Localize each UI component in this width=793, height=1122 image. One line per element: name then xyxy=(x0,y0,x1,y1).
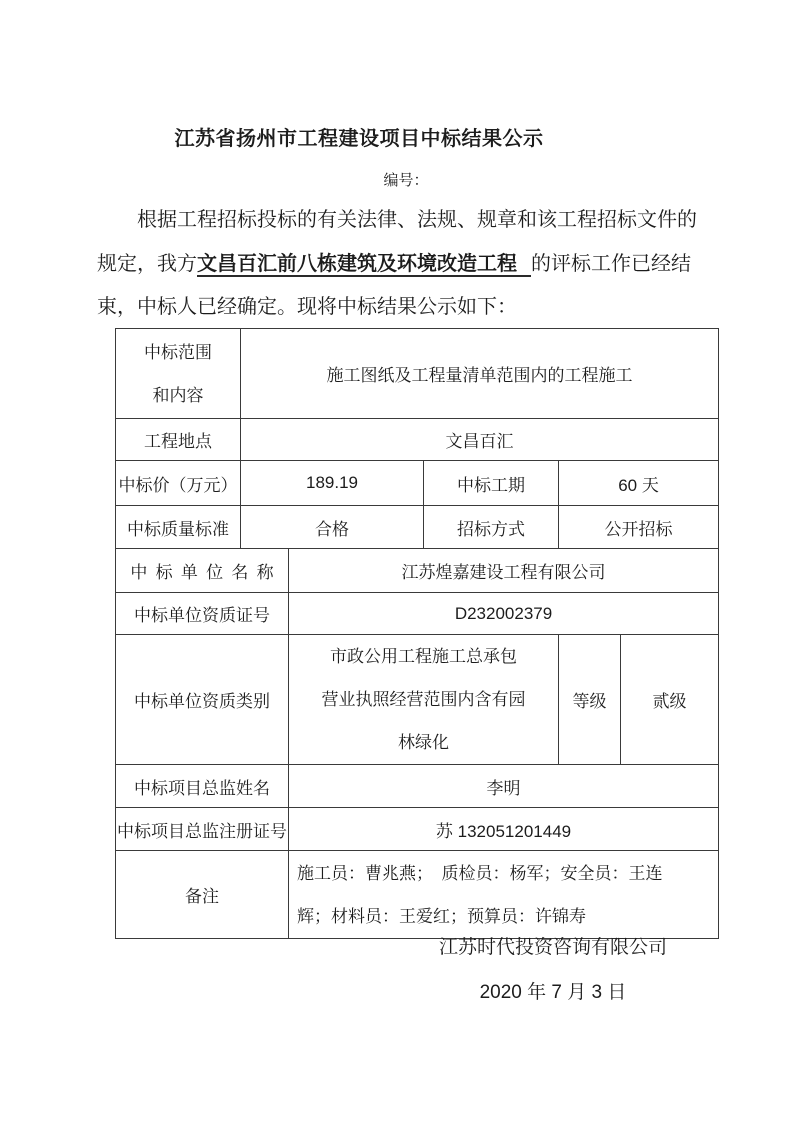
cell-qualification-no-value: D232002379 xyxy=(289,593,719,635)
cell-supervisor-cert-label: 中标项目总监注册证号 xyxy=(116,808,289,851)
footer-company-name: 江苏时代投资咨询有限公司 xyxy=(393,932,713,959)
table-row-price-duration: 中标价（万元） 189.19 中标工期 60 天 xyxy=(116,461,719,506)
cell-duration-value: 60 天 xyxy=(559,461,719,506)
cell-price-label: 中标价（万元） xyxy=(116,461,241,506)
cell-grade-value: 贰级 xyxy=(621,635,719,765)
table-row-supervisor-name: 中标项目总监姓名 李明 xyxy=(116,765,719,808)
intro-paragraph: 根据工程招标投标的有关法律、法规、规章和该工程招标文件的 规定，我方文昌百汇前八… xyxy=(97,199,711,330)
cell-qualification-type-label: 中标单位资质类别 xyxy=(116,635,289,765)
table-row-remark: 备注 施工员：曹兆燕； 质检员：杨军；安全员：王连 辉；材料员：王爱红；预算员：… xyxy=(116,851,719,939)
cell-location-label: 工程地点 xyxy=(116,419,241,461)
cell-supervisor-label: 中标项目总监姓名 xyxy=(116,765,289,808)
cell-method-label: 招标方式 xyxy=(424,506,559,549)
document-page: 江苏省扬州市工程建设项目中标结果公示 编号： 根据工程招标投标的有关法律、法规、… xyxy=(0,0,793,1122)
cell-scope-value: 施工图纸及工程量清单范围内的工程施工 xyxy=(241,329,719,419)
cell-price-value: 189.19 xyxy=(241,461,424,506)
cell-remark-label: 备注 xyxy=(116,851,289,939)
cell-qualification-type-value: 市政公用工程施工总承包 营业执照经营范围内含有园 林绿化 xyxy=(289,635,559,765)
cell-winner-label: 中 标 单 位 名 称 xyxy=(116,549,289,593)
table-row-quality-method: 中标质量标准 合格 招标方式 公开招标 xyxy=(116,506,719,549)
cell-supervisor-cert-value: 苏 132051201449 xyxy=(289,808,719,851)
cell-method-value: 公开招标 xyxy=(559,506,719,549)
cell-qualification-no-label: 中标单位资质证号 xyxy=(116,593,289,635)
doc-number-label: 编号： xyxy=(96,169,716,190)
table-row-scope: 中标范围 和内容 施工图纸及工程量清单范围内的工程施工 xyxy=(116,329,719,419)
table-row-winner-name: 中 标 单 位 名 称 江苏煌嘉建设工程有限公司 xyxy=(116,549,719,593)
project-name: 文昌百汇前八栋建筑及环境改造工程 xyxy=(197,253,531,277)
table-row-qualification-no: 中标单位资质证号 D232002379 xyxy=(116,593,719,635)
table-row-qualification-type: 中标单位资质类别 市政公用工程施工总承包 营业执照经营范围内含有园 林绿化 等级… xyxy=(116,635,719,765)
table-row-supervisor-cert: 中标项目总监注册证号 苏 132051201449 xyxy=(116,808,719,851)
cell-duration-label: 中标工期 xyxy=(424,461,559,506)
cell-location-value: 文昌百汇 xyxy=(241,419,719,461)
cell-remark-value: 施工员：曹兆燕； 质检员：杨军；安全员：王连 辉；材料员：王爱红；预算员：许锦寿 xyxy=(289,851,719,939)
cell-grade-label: 等级 xyxy=(559,635,621,765)
footer-date: 2020 年 7 月 3 日 xyxy=(393,977,713,1004)
cell-quality-label: 中标质量标准 xyxy=(116,506,241,549)
cell-scope-label: 中标范围 和内容 xyxy=(116,329,241,419)
award-result-table: 中标范围 和内容 施工图纸及工程量清单范围内的工程施工 工程地点 文昌百汇 中标… xyxy=(115,328,719,939)
cell-supervisor-value: 李明 xyxy=(289,765,719,808)
table-row-location: 工程地点 文昌百汇 xyxy=(116,419,719,461)
cell-winner-value: 江苏煌嘉建设工程有限公司 xyxy=(289,549,719,593)
page-title: 江苏省扬州市工程建设项目中标结果公示 xyxy=(0,122,718,151)
cell-quality-value: 合格 xyxy=(241,506,424,549)
